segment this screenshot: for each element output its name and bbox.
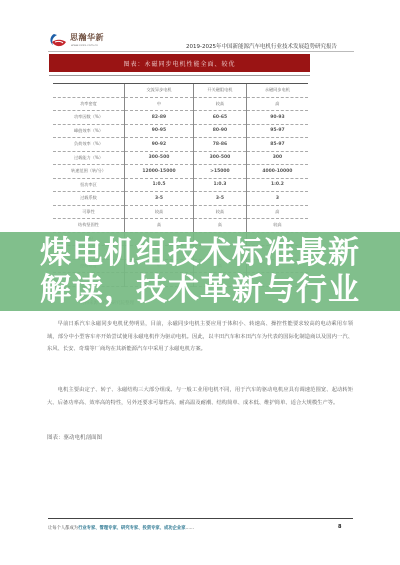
table-cell: 高 [194,219,247,233]
table-cell: 1:0.3 [194,178,247,192]
row-label: 负荷效率（%） [53,138,125,152]
table-cell: 4000-10000 [246,165,308,179]
table-row: 功率密度中较高高 [53,97,308,111]
table-cell: 60-65 [194,111,247,125]
report-title: 2019-2025年中国新能源汽车电机行业技术发展趋势研究报告 [186,42,337,50]
row-label: 功率密度 [53,97,125,111]
table-row: 峰值效率（%）90-9580-9095-97 [53,124,308,138]
table-cell: 80-90 [194,124,247,138]
body-paragraph: 早前日系汽车永磁同步电机优势明显，目前，永磁同步电机主要应用于体积小、转速高、操… [47,318,353,356]
body-paragraph: 电机主要由定子、转子、永磁结构三大部分组成。与一般工业用电机不同，用于汽车的驱动… [47,384,353,409]
table-cell: 3 [246,192,308,206]
headline-line-1: 煤电机组技术标准最新 [40,235,360,272]
header-divider [48,51,354,52]
footer-slogan: 让每个人都成为行业专家、管理专家、研究专家、投资专家、成功企业家…… [48,525,194,531]
row-label: 过载能力（%） [53,151,125,165]
logo-subtext: www.xxxx.com.cn [71,43,98,47]
footer-prefix: 让每个人都成为 [48,526,78,531]
row-label: 恒功率区 [53,178,125,192]
table-cell: 较高 [194,97,247,111]
table-header-row: 交流异步电机 开关磁阻电机 永磁同步电机 [53,84,308,98]
table-row: 功率因数（%）82-8960-6590-93 [53,111,308,125]
table-cell: 78-86 [194,138,247,152]
table-row: 过载系数3-53-53 [53,192,308,206]
table-cell: 高 [246,205,308,219]
page-number: 8 [338,524,341,530]
table-cell: 82-89 [125,111,194,125]
table-cell: 85-97 [246,138,308,152]
table-cell: 较高 [194,205,247,219]
logo-swirl-icon [48,30,70,50]
table-header-cell: 交流异步电机 [125,84,194,98]
document-page: 思瀚华新 www.xxxx.com.cn 2019-2025年中国新能源汽车电机… [0,0,400,565]
table-cell: 300-500 [194,151,247,165]
table-header-cell [53,84,125,98]
table-row: 负荷效率（%）90-9278-8685-97 [53,138,308,152]
table-cell: 90-93 [246,111,308,125]
table-cell: 95-97 [246,124,308,138]
row-label: 可靠性 [53,205,125,219]
table-cell: 12000-15000 [125,165,194,179]
row-label: 过载系数 [53,192,125,206]
row-label: 功率因数（%） [53,111,125,125]
table-cell: 高 [125,219,194,233]
table-cell: 90-95 [125,124,194,138]
table-row: 结构坚固性高高较高 [53,219,308,233]
table-cell: 较高 [125,205,194,219]
table-row: 过载能力（%）300-500300-500300 [53,151,308,165]
headline-overlay: 煤电机组技术标准最新 解读，技术革新与行业 [0,232,400,311]
table-header-cell: 永磁同步电机 [246,84,308,98]
table-cell: 较高 [246,219,308,233]
table-cell: 300-500 [125,151,194,165]
table-cell: 3-5 [125,192,194,206]
table-header-cell: 开关磁阻电机 [194,84,247,98]
table-cell: 中 [125,97,194,111]
footer-divider [48,518,353,519]
table-cell: 300 [246,151,308,165]
table-row: 恒功率区1:0.51:0.31:0.2 [53,178,308,192]
footer-suffix: …… [186,526,195,531]
chart-title-banner: 图表：永磁同步电机性能全面、较优 [49,54,310,72]
footer-highlight: 行业专家、管理专家、研究专家、投资专家、成功企业家 [78,526,185,531]
table-cell: 1:0.5 [125,178,194,192]
row-label: 转速范围（转/分） [53,165,125,179]
table-row: 转速范围（转/分）12000-15000>150004000-10000 [53,165,308,179]
table-cell: 1:0.2 [246,178,308,192]
headline-line-2: 解读，技术革新与行业 [40,272,360,309]
banner-divider [49,75,310,76]
table-row: 可靠性较高较高高 [53,205,308,219]
table-cell: 90-92 [125,138,194,152]
row-label: 结构坚固性 [53,219,125,233]
figure-caption: 图表：驱动电机剖面图 [47,433,102,441]
table-cell: >15000 [194,165,247,179]
table-cell: 高 [246,97,308,111]
logo-text: 思瀚华新 [70,32,104,43]
chart-title: 图表：永磁同步电机性能全面、较优 [123,59,235,68]
company-logo: 思瀚华新 www.xxxx.com.cn [48,30,108,52]
table-cell: 3-5 [194,192,247,206]
row-label: 峰值效率（%） [53,124,125,138]
